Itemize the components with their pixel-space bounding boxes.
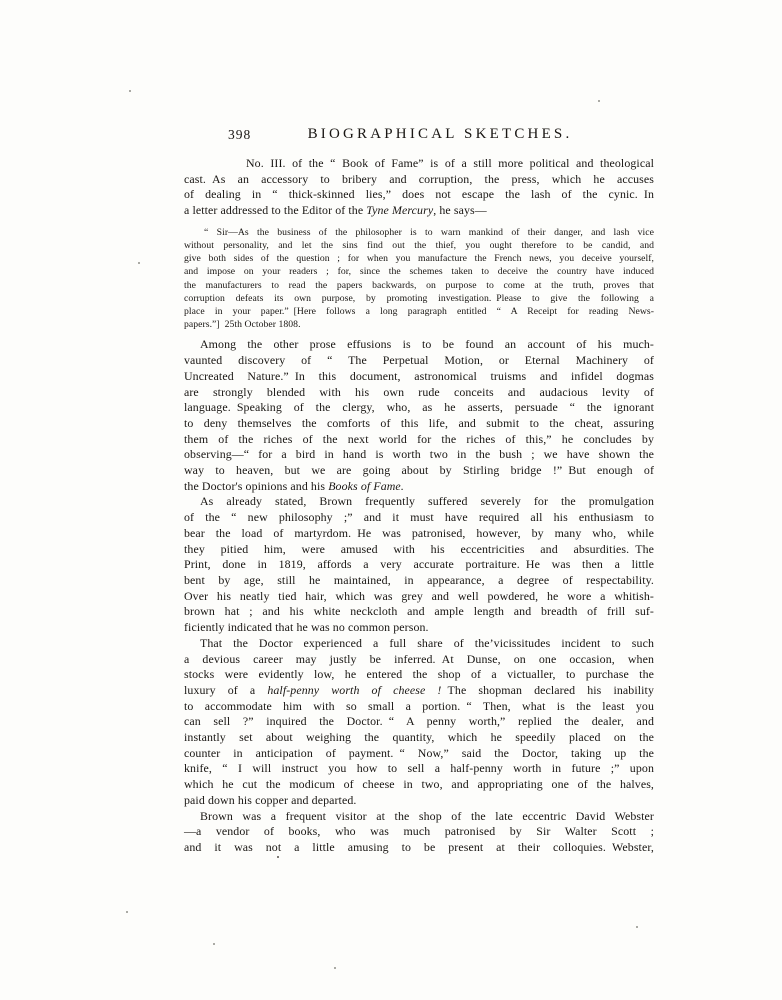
text-line: they pitied him, were amused with his ec… — [184, 542, 654, 558]
text-line: knife, “ I will instruct you how to sell… — [184, 761, 654, 777]
text-line: bear the load of martyrdom. He was patro… — [184, 526, 654, 542]
text-line: place in your paper.” [Here follows a lo… — [184, 305, 654, 318]
text-line: corruption defeats its own purpose, by p… — [184, 292, 654, 305]
text-line: luxury of a half-penny worth of cheese !… — [184, 683, 654, 699]
text-line: Uncreated Nature.” In this document, ast… — [184, 369, 654, 385]
blockquote-letter-to-editor: “ Sir—As the business of the philosopher… — [184, 226, 654, 332]
text-line: Print, done in 1819, affords a very accu… — [184, 557, 654, 573]
text-block: 398 BIOGRAPHICAL SKETCHES. No. III. of t… — [184, 126, 654, 856]
text-line: without personality, and let the sins fi… — [184, 239, 654, 252]
paragraph-perpetual-motion: Among the other prose effusions is to be… — [184, 337, 654, 494]
scan-speck — [334, 967, 336, 969]
scan-speck — [636, 926, 638, 928]
text-line: are strongly blended with his own rude c… — [184, 385, 654, 401]
paragraph-dunse-cheese-anecdote: That the Doctor experienced a full share… — [184, 636, 654, 809]
scan-speck — [277, 856, 279, 858]
text-line: Among the other prose effusions is to be… — [184, 337, 654, 353]
page-body-text: No. III. of the “ Book of Fame” is of a … — [184, 156, 654, 856]
text-line: ficiently indicated that he was no commo… — [184, 620, 654, 636]
paragraph-new-philosophy: As already stated, Brown frequently suff… — [184, 494, 654, 635]
text-line: Over his neatly tied hair, which was gre… — [184, 589, 654, 605]
text-line: them of the riches of the next world for… — [184, 432, 654, 448]
text-line: instantly set about weighing the quantit… — [184, 730, 654, 746]
scan-speck — [138, 262, 140, 264]
text-line: Brown was a frequent visitor at the shop… — [184, 809, 654, 825]
scan-speck — [129, 90, 131, 92]
running-head-title: BIOGRAPHICAL SKETCHES. — [184, 126, 654, 143]
text-line: cast. As an accessory to bribery and cor… — [184, 172, 654, 188]
text-line: a devious career may justly be inferred.… — [184, 652, 654, 668]
text-line: a letter addressed to the Editor of the … — [184, 203, 654, 219]
text-line: brown hat ; and his white neckcloth and … — [184, 604, 654, 620]
text-line: paid down his copper and departed. — [184, 793, 654, 809]
paragraph-book-of-fame: No. III. of the “ Book of Fame” is of a … — [184, 156, 654, 219]
page-header-row: 398 BIOGRAPHICAL SKETCHES. — [184, 126, 654, 143]
text-line: That the Doctor experienced a full share… — [184, 636, 654, 652]
text-line: vaunted discovery of “ The Perpetual Mot… — [184, 353, 654, 369]
text-line: counter in anticipation of payment. “ No… — [184, 746, 654, 762]
text-line: can sell ?” inquired the Doctor. “ A pen… — [184, 714, 654, 730]
scan-speck — [598, 100, 600, 102]
text-line: give both sides of the question ; for wh… — [184, 252, 654, 265]
paragraph-david-webster: Brown was a frequent visitor at the shop… — [184, 809, 654, 856]
text-line: As already stated, Brown frequently suff… — [184, 494, 654, 510]
text-line: bent by age, still he maintained, in app… — [184, 573, 654, 589]
text-line: papers.”] 25th October 1808. — [184, 318, 654, 331]
text-line: of the “ new philosophy ;” and it must h… — [184, 510, 654, 526]
text-line: and impose on your readers ; for, since … — [184, 265, 654, 278]
text-line: way to heaven, but we are going about by… — [184, 463, 654, 479]
text-line: to deny themselves the comforts of this … — [184, 416, 654, 432]
text-line: which he cut the modicum of cheese in tw… — [184, 777, 654, 793]
text-line: observing—“ for a bird in hand is worth … — [184, 447, 654, 463]
scanned-book-page: 398 BIOGRAPHICAL SKETCHES. No. III. of t… — [0, 0, 782, 1000]
text-line: —a vendor of books, who was much patroni… — [184, 824, 654, 840]
text-line: of dealing in “ thick-skinned lies,” doe… — [184, 187, 654, 203]
text-line: language. Speaking of the clergy, who, a… — [184, 400, 654, 416]
page-number: 398 — [228, 127, 251, 143]
text-line: No. III. of the “ Book of Fame” is of a … — [184, 156, 654, 172]
text-line: and it was not a little amusing to be pr… — [184, 840, 654, 856]
text-line: “ Sir—As the business of the philosopher… — [184, 226, 654, 239]
text-line: stocks were evidently low, he entered th… — [184, 667, 654, 683]
text-line: to accommodate him with so small a porti… — [184, 699, 654, 715]
scan-speck — [213, 943, 215, 945]
text-line: the manufacturers to read the papers bac… — [184, 279, 654, 292]
text-line: the Doctor's opinions and his Books of F… — [184, 479, 654, 495]
scan-speck — [126, 911, 128, 913]
